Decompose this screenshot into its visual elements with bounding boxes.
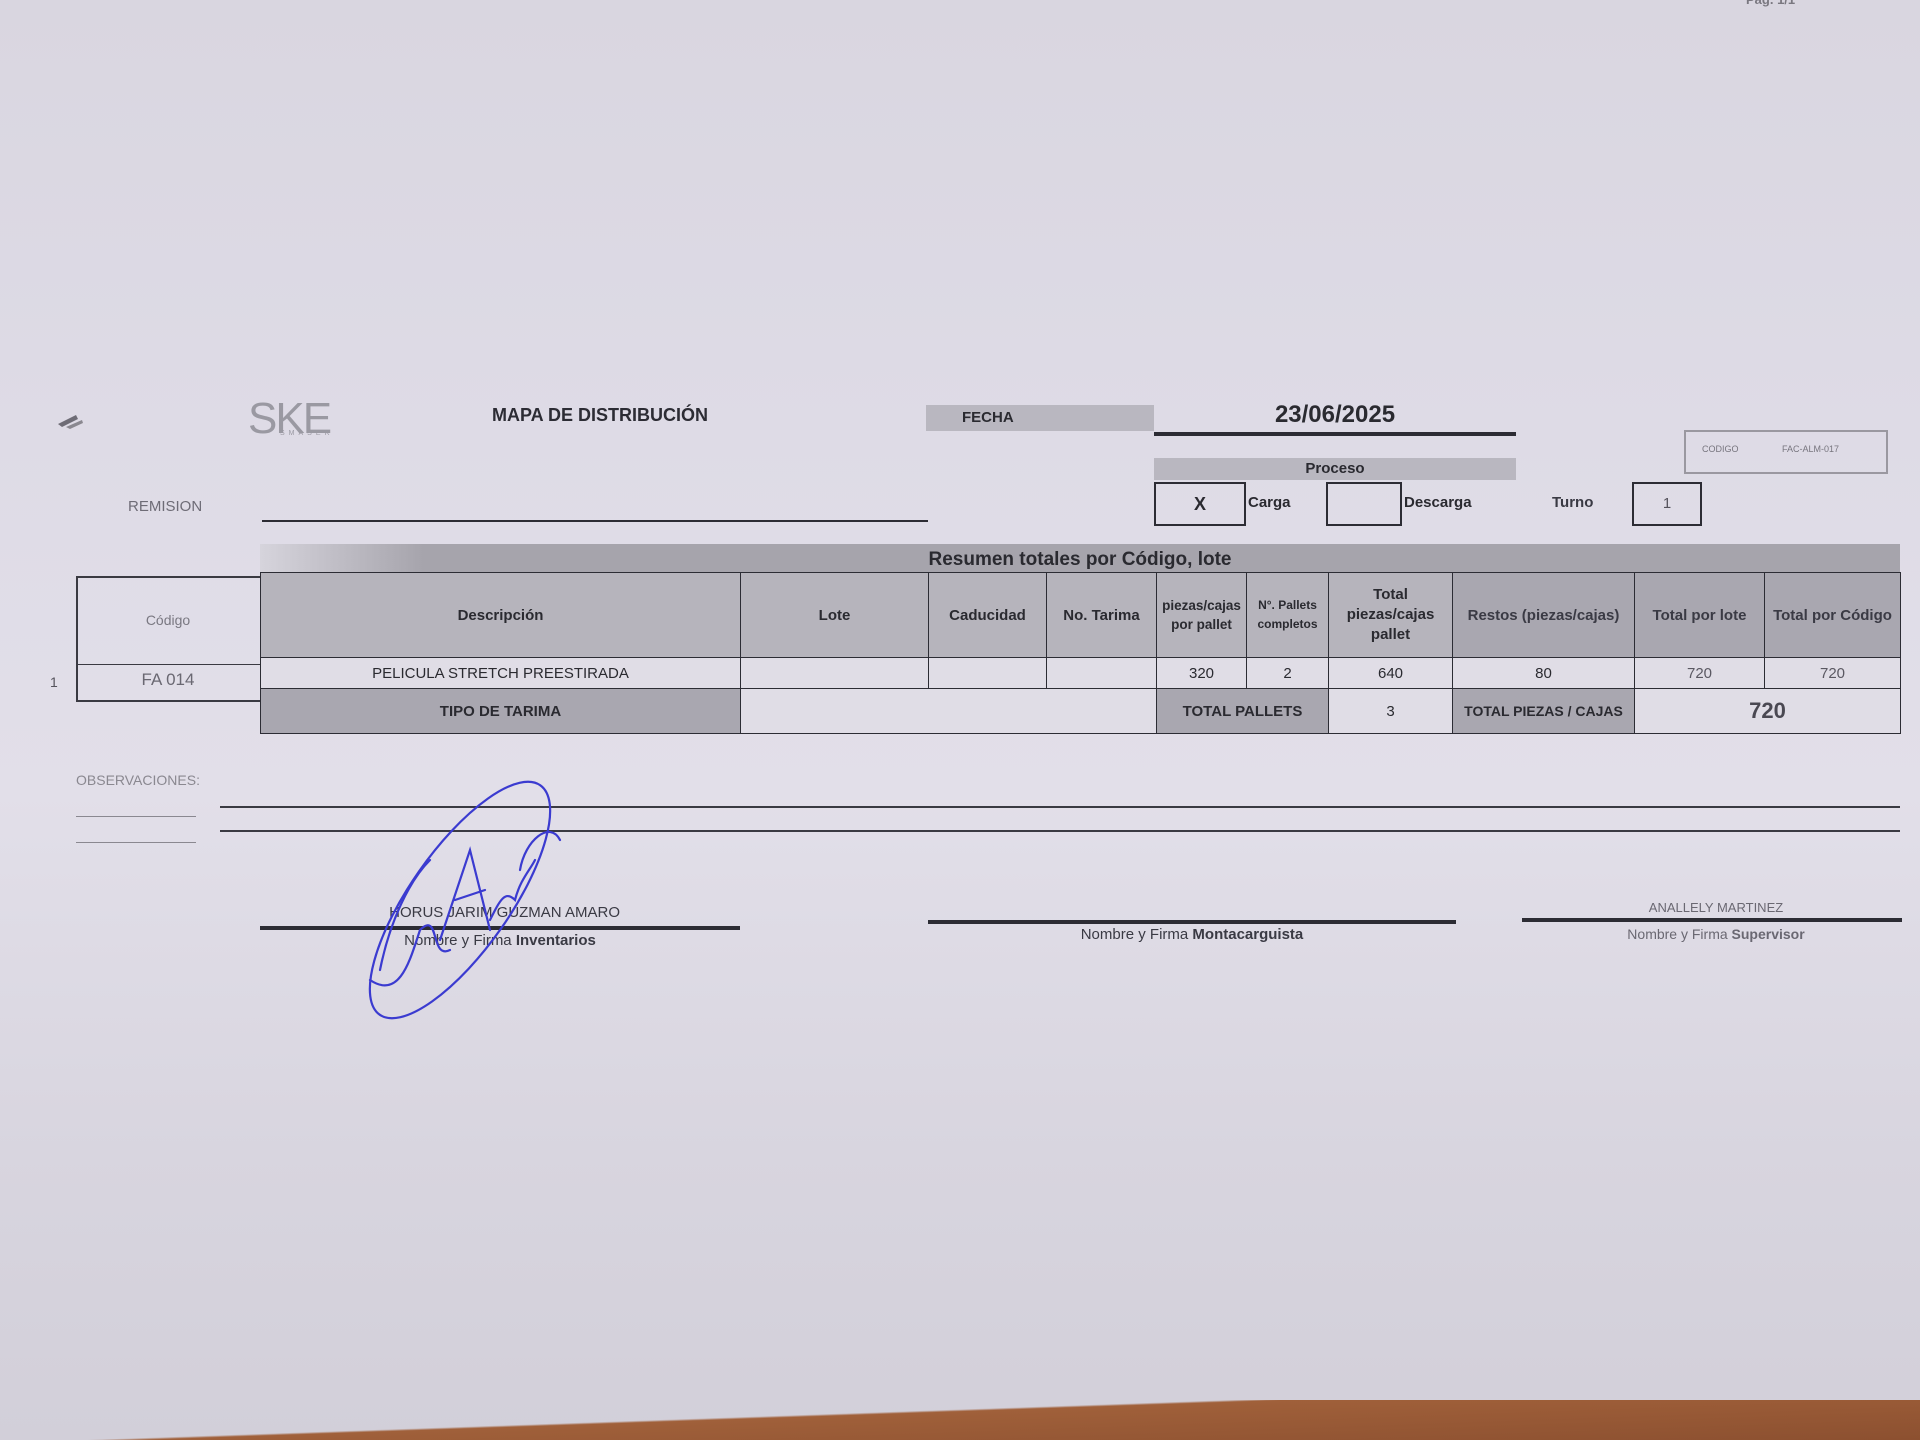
- observaciones-dash-2: [76, 842, 196, 843]
- cell-total-por-codigo: 720: [1765, 658, 1901, 689]
- signature-name-supervisor: ANALLELY MARTINEZ: [1522, 900, 1910, 915]
- summary-banner: Resumen totales por Código, lote: [260, 544, 1900, 572]
- header-caducidad: Caducidad: [929, 573, 1047, 658]
- signature-line-montacarguista: [928, 920, 1456, 924]
- tipo-tarima-label: TIPO DE TARIMA: [261, 689, 741, 734]
- signature-line-supervisor: [1522, 918, 1902, 922]
- carga-label: Carga: [1248, 494, 1291, 511]
- signature-caption-supervisor: Nombre y Firma Supervisor: [1522, 926, 1910, 942]
- document-title: MAPA DE DISTRIBUCIÓN: [492, 405, 708, 426]
- header-lote: Lote: [741, 573, 929, 658]
- header-descripcion: Descripción: [261, 573, 741, 658]
- table-row: PELICULA STRETCH PREESTIRADA 320 2 640 8…: [261, 658, 1901, 689]
- page-indicator: Pág. 1/1: [1746, 0, 1795, 7]
- proceso-header: Proceso: [1154, 458, 1516, 480]
- header-total-piezas-pallet: Total piezas/cajas pallet: [1329, 573, 1453, 658]
- cell-total-por-lote: 720: [1635, 658, 1765, 689]
- summary-table: Descripción Lote Caducidad No. Tarima pi…: [260, 572, 1901, 734]
- totals-row: TIPO DE TARIMA TOTAL PALLETS 3 TOTAL PIE…: [261, 689, 1901, 734]
- form-code-value: FAC-ALM-017: [1782, 444, 1839, 454]
- header-no-tarima: No. Tarima: [1047, 573, 1157, 658]
- remision-field[interactable]: [262, 520, 928, 522]
- descarga-label: Descarga: [1404, 494, 1472, 511]
- company-logo-icon: [56, 412, 92, 430]
- codigo-header: Código: [76, 612, 260, 628]
- form-code-label: CODIGO: [1702, 444, 1739, 454]
- cell-pallets-completos: 2: [1247, 658, 1329, 689]
- header-total-por-lote: Total por lote: [1635, 573, 1765, 658]
- descarga-checkbox[interactable]: [1326, 482, 1402, 526]
- header-pallets-completos: N°. Pallets completos: [1247, 573, 1329, 658]
- form-code-box: CODIGO FAC-ALM-017: [1684, 430, 1888, 474]
- company-logo-subtext: SMASER: [280, 430, 334, 437]
- header-restos: Restos (piezas/cajas): [1453, 573, 1635, 658]
- row-number: 1: [50, 674, 58, 690]
- caption-role: Supervisor: [1732, 926, 1805, 942]
- total-pallets-value: 3: [1329, 689, 1453, 734]
- carga-checkbox[interactable]: X: [1154, 482, 1246, 526]
- total-piezas-label: TOTAL PIEZAS / CAJAS: [1453, 689, 1635, 734]
- fecha-field[interactable]: 23/06/2025: [1154, 400, 1516, 436]
- turno-label: Turno: [1552, 494, 1593, 511]
- tipo-tarima-field[interactable]: [741, 689, 1157, 734]
- cell-total-piezas-pallet: 640: [1329, 658, 1453, 689]
- desk-surface: [0, 1400, 1920, 1440]
- observaciones-dash-1: [76, 816, 196, 817]
- total-pallets-label: TOTAL PALLETS: [1157, 689, 1329, 734]
- fecha-label: FECHA: [926, 405, 1154, 431]
- observaciones-label: OBSERVACIONES:: [76, 772, 200, 788]
- cell-descripcion: PELICULA STRETCH PREESTIRADA: [261, 658, 741, 689]
- header-total-por-codigo: Total por Código: [1765, 573, 1901, 658]
- cell-lote[interactable]: [741, 658, 929, 689]
- caption-prefix: Nombre y Firma: [1081, 926, 1189, 943]
- handwritten-signature-icon: [320, 760, 600, 1040]
- remision-label: REMISION: [128, 498, 202, 515]
- cell-piezas-por-pallet: 320: [1157, 658, 1247, 689]
- caption-role: Montacarguista: [1192, 926, 1303, 943]
- total-piezas-value: 720: [1635, 689, 1901, 734]
- caption-prefix: Nombre y Firma: [1627, 926, 1727, 942]
- header-piezas-por-pallet: piezas/cajas por pallet: [1157, 573, 1247, 658]
- turno-field[interactable]: 1: [1632, 482, 1702, 526]
- cell-no-tarima[interactable]: [1047, 658, 1157, 689]
- cell-restos: 80: [1453, 658, 1635, 689]
- codigo-divider: [76, 664, 260, 665]
- signature-caption-montacarguista: Nombre y Firma Montacarguista: [928, 926, 1456, 943]
- table-header-row: Descripción Lote Caducidad No. Tarima pi…: [261, 573, 1901, 658]
- cell-caducidad[interactable]: [929, 658, 1047, 689]
- codigo-cell: FA 014: [76, 670, 260, 690]
